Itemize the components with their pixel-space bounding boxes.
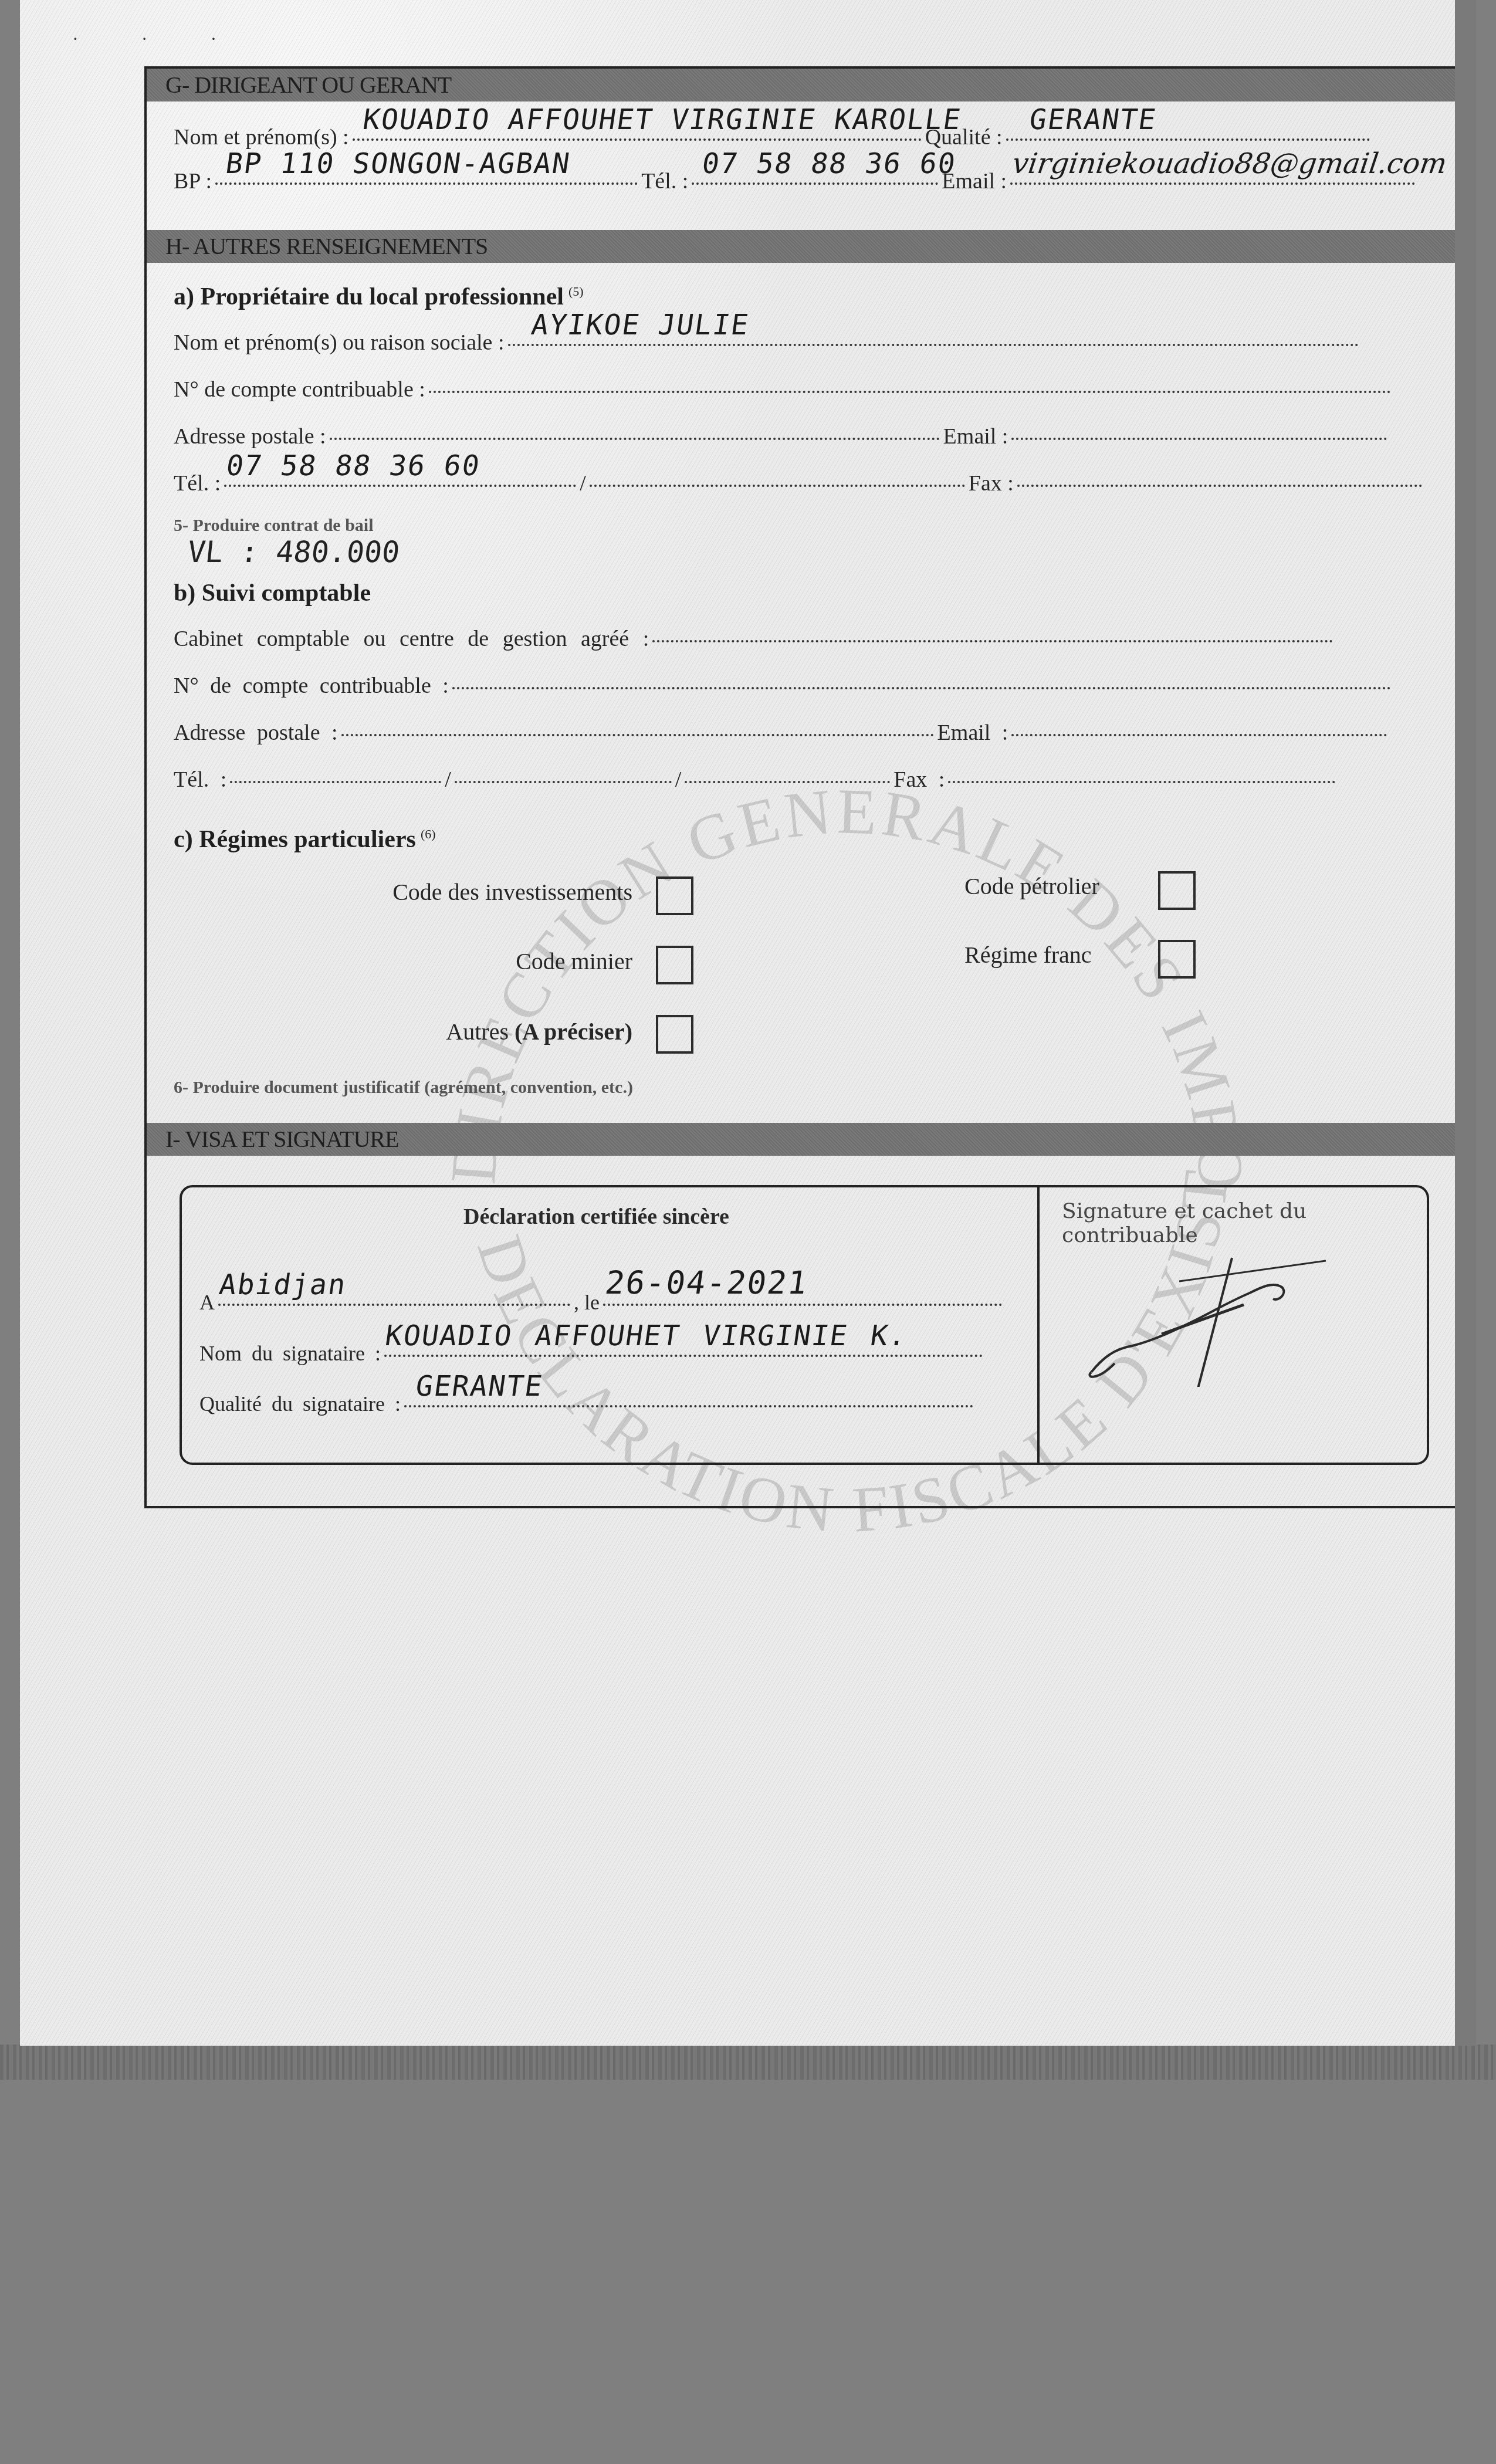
h-b-tel-label: Tél. : xyxy=(174,767,226,793)
visa-date-value: 26-04-2021 xyxy=(603,1264,811,1301)
visa-le-label: , le xyxy=(574,1290,600,1315)
h-a-handwritten-note: VL : 480.000 xyxy=(186,535,401,569)
h-a-tel-field[interactable]: 07 58 88 36 60 xyxy=(224,485,576,487)
h-a-email-field[interactable] xyxy=(1011,438,1387,440)
visa-qualite-value: GERANTE xyxy=(414,1370,545,1403)
h-b-email-label: Email : xyxy=(937,720,1008,746)
h-b-tel2-field[interactable] xyxy=(455,781,672,783)
h-a-tel-separator: / xyxy=(580,471,586,496)
h-b-tel1-field[interactable] xyxy=(230,781,441,783)
form-frame: G- DIRIGEANT OU GERANT Nom et prénom(s) … xyxy=(144,66,1463,1508)
regime-code-investissements-label: Code des investissements xyxy=(392,878,632,906)
page-right-edge xyxy=(1455,0,1476,2046)
visa-qualite-field[interactable]: GERANTE xyxy=(404,1405,973,1407)
visa-signataire-label: Nom du signataire : xyxy=(199,1341,381,1366)
visa-qualite-row: Qualité du signataire : GERANTE xyxy=(199,1392,977,1416)
h-c-footnote: 6- Produire document justificatif (agrém… xyxy=(174,1078,633,1098)
visa-divider xyxy=(1037,1185,1040,1465)
h-a-adresse-row: Adresse postale : Email : xyxy=(174,424,1390,449)
h-a-compte-row: N° de compte contribuable : xyxy=(174,377,1395,402)
g-qualite-field[interactable]: GERANTE xyxy=(1006,138,1370,141)
scanned-page: · · · DIRECTION GENERALE DES IMPOTS DECL… xyxy=(20,0,1476,2046)
visa-lieu-value: Abidjan xyxy=(217,1268,348,1301)
section-g-header: G- DIRIGEANT OU GERANT xyxy=(147,69,1461,101)
h-b-tel-separator-1: / xyxy=(445,767,451,793)
g-bp-field[interactable]: BP 110 SONGON-AGBAN xyxy=(215,182,638,185)
h-a-heading-text: a) Propriétaire du local professionnel xyxy=(174,283,564,310)
g-tel-label: Tél. : xyxy=(641,168,688,194)
h-b-fax-field[interactable] xyxy=(948,781,1335,783)
visa-date-field[interactable]: 26-04-2021 xyxy=(603,1304,1002,1306)
h-b-compte-row: N° de compte contribuable : xyxy=(174,673,1395,699)
handwritten-signature xyxy=(1079,1246,1408,1387)
g-name-label: Nom et prénom(s) : xyxy=(174,124,349,150)
visa-lieu-field[interactable]: Abidjan xyxy=(218,1304,570,1306)
h-b-tel-separator-2: / xyxy=(675,767,682,793)
g-tel-field[interactable]: 07 58 88 36 60 xyxy=(692,182,938,185)
g-bp-label: BP : xyxy=(174,168,212,194)
signature-title: Signature et cachet du contribuable xyxy=(1062,1199,1427,1247)
regime-code-investissements-checkbox[interactable] xyxy=(656,876,693,915)
regime-code-minier-checkbox[interactable] xyxy=(656,946,693,984)
section-i-header: I- VISA ET SIGNATURE xyxy=(147,1123,1461,1156)
h-a-name-field[interactable]: AYIKOE JULIE xyxy=(508,344,1359,346)
regime-code-minier-label: Code minier xyxy=(516,947,632,975)
h-c-heading-text: c) Régimes particuliers xyxy=(174,826,416,853)
scan-specks: · · · xyxy=(73,29,246,49)
h-a-fax-label: Fax : xyxy=(969,471,1014,496)
g-email-field[interactable]: virginiekouadio88@gmail.com xyxy=(1010,182,1415,185)
h-a-tel-value: 07 58 88 36 60 xyxy=(224,449,482,482)
h-b-adresse-field[interactable] xyxy=(341,734,934,736)
regime-code-petrolier-label: Code pétrolier xyxy=(964,872,1099,900)
h-b-compte-label: N° de compte contribuable : xyxy=(174,673,449,699)
h-b-adresse-label: Adresse postale : xyxy=(174,720,338,746)
h-a-adresse-field[interactable] xyxy=(330,438,940,440)
h-a-name-value: AYIKOE JULIE xyxy=(529,309,752,341)
h-b-tel3-field[interactable] xyxy=(685,781,890,783)
h-a-footnote: 5- Produire contrat de bail xyxy=(174,516,374,536)
regime-autres-text: Autres xyxy=(446,1018,509,1045)
visa-signataire-value: KOUADIO AFFOUHET VIRGINIE K. xyxy=(383,1319,909,1352)
h-b-heading: b) Suivi comptable xyxy=(174,579,371,607)
h-b-cabinet-row: Cabinet comptable ou centre de gestion a… xyxy=(174,626,1336,652)
visa-signataire-row: Nom du signataire : KOUADIO AFFOUHET VIR… xyxy=(199,1341,986,1366)
h-a-heading: a) Propriétaire du local professionnel(5… xyxy=(174,283,584,311)
regime-autres-label: Autres (A préciser) xyxy=(446,1018,632,1045)
h-b-adresse-row: Adresse postale : Email : xyxy=(174,720,1390,746)
h-a-name-label: Nom et prénom(s) ou raison sociale : xyxy=(174,330,505,356)
h-a-tel2-field[interactable] xyxy=(590,485,965,487)
h-a-compte-field[interactable] xyxy=(429,391,1391,393)
g-contact-row: BP : BP 110 SONGON-AGBAN Tél. : 07 58 88… xyxy=(174,168,1419,194)
h-a-footnote-ref: (5) xyxy=(568,284,584,299)
h-b-compte-field[interactable] xyxy=(452,687,1391,689)
regime-franc-checkbox[interactable] xyxy=(1158,940,1196,979)
h-c-footnote-ref: (6) xyxy=(421,827,436,841)
h-a-fax-field[interactable] xyxy=(1017,485,1422,487)
h-c-heading: c) Régimes particuliers(6) xyxy=(174,825,436,854)
g-name-value: KOUADIO AFFOUHET VIRGINIE KAROLLE xyxy=(361,103,964,136)
h-b-cabinet-field[interactable] xyxy=(652,640,1333,642)
h-a-tel-row: Tél. : 07 58 88 36 60 / Fax : xyxy=(174,471,1426,496)
h-a-name-row: Nom et prénom(s) ou raison sociale : AYI… xyxy=(174,330,1362,356)
section-h-header: H- AUTRES RENSEIGNEMENTS xyxy=(147,230,1461,263)
g-name-row: Nom et prénom(s) : KOUADIO AFFOUHET VIRG… xyxy=(174,124,1373,150)
h-a-email-label: Email : xyxy=(943,424,1008,449)
visa-a-label: A xyxy=(199,1290,215,1315)
visa-lieu-date-row: A Abidjan , le 26-04-2021 xyxy=(199,1290,1006,1315)
g-bp-value: BP 110 SONGON-AGBAN xyxy=(224,147,573,180)
h-a-tel-label: Tél. : xyxy=(174,471,221,496)
h-a-compte-label: N° de compte contribuable : xyxy=(174,377,425,402)
visa-signataire-field[interactable]: KOUADIO AFFOUHET VIRGINIE K. xyxy=(384,1355,983,1357)
h-b-cabinet-label: Cabinet comptable ou centre de gestion a… xyxy=(174,626,649,652)
visa-box: Déclaration certifiée sincère A Abidjan … xyxy=(180,1185,1429,1465)
h-b-email-field[interactable] xyxy=(1011,734,1387,736)
visa-qualite-label: Qualité du signataire : xyxy=(199,1392,401,1416)
g-name-field[interactable]: KOUADIO AFFOUHET VIRGINIE KAROLLE xyxy=(353,138,922,141)
regime-franc-label: Régime franc xyxy=(964,941,1092,969)
h-b-tel-row: Tél. : / / Fax : xyxy=(174,767,1339,793)
h-a-adresse-label: Adresse postale : xyxy=(174,424,326,449)
g-qualite-value: GERANTE xyxy=(1027,103,1159,136)
g-tel-value: 07 58 88 36 60 xyxy=(700,147,958,180)
h-b-fax-label: Fax : xyxy=(893,767,945,793)
g-email-value: virginiekouadio88@gmail.com xyxy=(1010,147,1449,180)
scanner-background-strip xyxy=(0,2045,1496,2080)
regime-autres-checkbox[interactable] xyxy=(656,1015,693,1054)
regime-autres-precision: (A préciser) xyxy=(515,1018,632,1045)
regime-code-petrolier-checkbox[interactable] xyxy=(1158,871,1196,910)
declaration-title: Déclaration certifiée sincère xyxy=(463,1204,729,1230)
